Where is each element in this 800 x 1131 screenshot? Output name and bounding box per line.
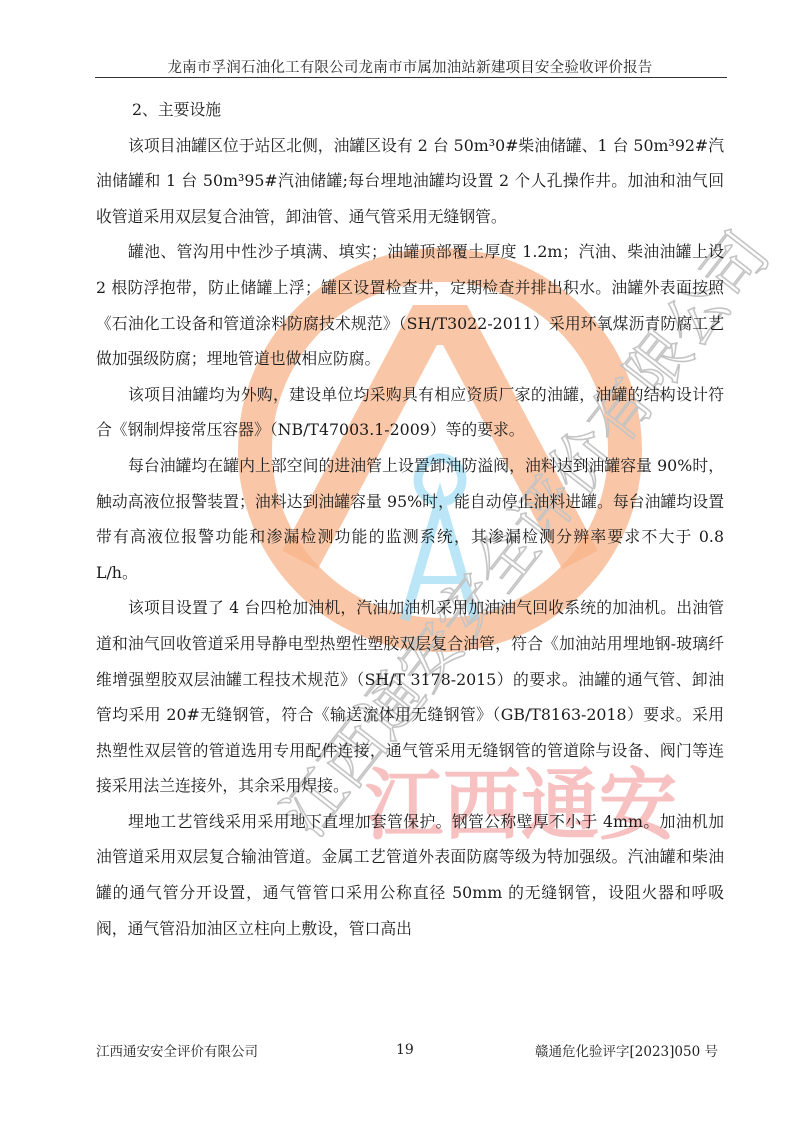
footer-company: 江西通安安全评价有限公司	[96, 1040, 258, 1060]
header-divider	[95, 77, 727, 78]
document-page: 江西通安安全评价有限公司 江西通安 龙南市孚润石油化工有限公司龙南市市属加油站新…	[0, 0, 800, 1131]
paragraph-tank-pit: 罐池、管沟用中性沙子填满、填实；油罐顶部覆土厚度 1.2m；汽油、柴油油罐上设 …	[96, 234, 724, 376]
section-heading: 2、主要设施	[96, 92, 724, 128]
paragraph-tank-area: 该项目油罐区位于站区北侧，油罐区设有 2 台 50m³0#柴油储罐、1 台 50…	[96, 128, 724, 235]
page-number: 19	[396, 1042, 414, 1058]
footer-doc-number: 赣通危化验评字[2023]050 号	[535, 1040, 718, 1060]
report-header-title: 龙南市孚润石油化工有限公司龙南市市属加油站新建项目安全验收评价报告	[95, 56, 725, 77]
paragraph-overflow-valve: 每台油罐均在罐内上部空间的进油管上设置卸油防溢阀，油料达到油罐容量 90%时，触…	[96, 448, 724, 590]
document-body: 2、主要设施 该项目油罐区位于站区北侧，油罐区设有 2 台 50m³0#柴油储罐…	[96, 92, 724, 946]
paragraph-dispensers: 该项目设置了 4 台四枪加油机，汽油加油机采用加油油气回收系统的加油机。出油管道…	[96, 590, 724, 804]
paragraph-buried-pipes: 埋地工艺管线采用采用地下直埋加套管保护。钢管公称壁厚不小于 4mm。加油机加油管…	[96, 804, 724, 946]
paragraph-tank-purchase: 该项目油罐均为外购，建设单位均采购具有相应资质厂家的油罐，油罐的结构设计符合《钢…	[96, 377, 724, 448]
